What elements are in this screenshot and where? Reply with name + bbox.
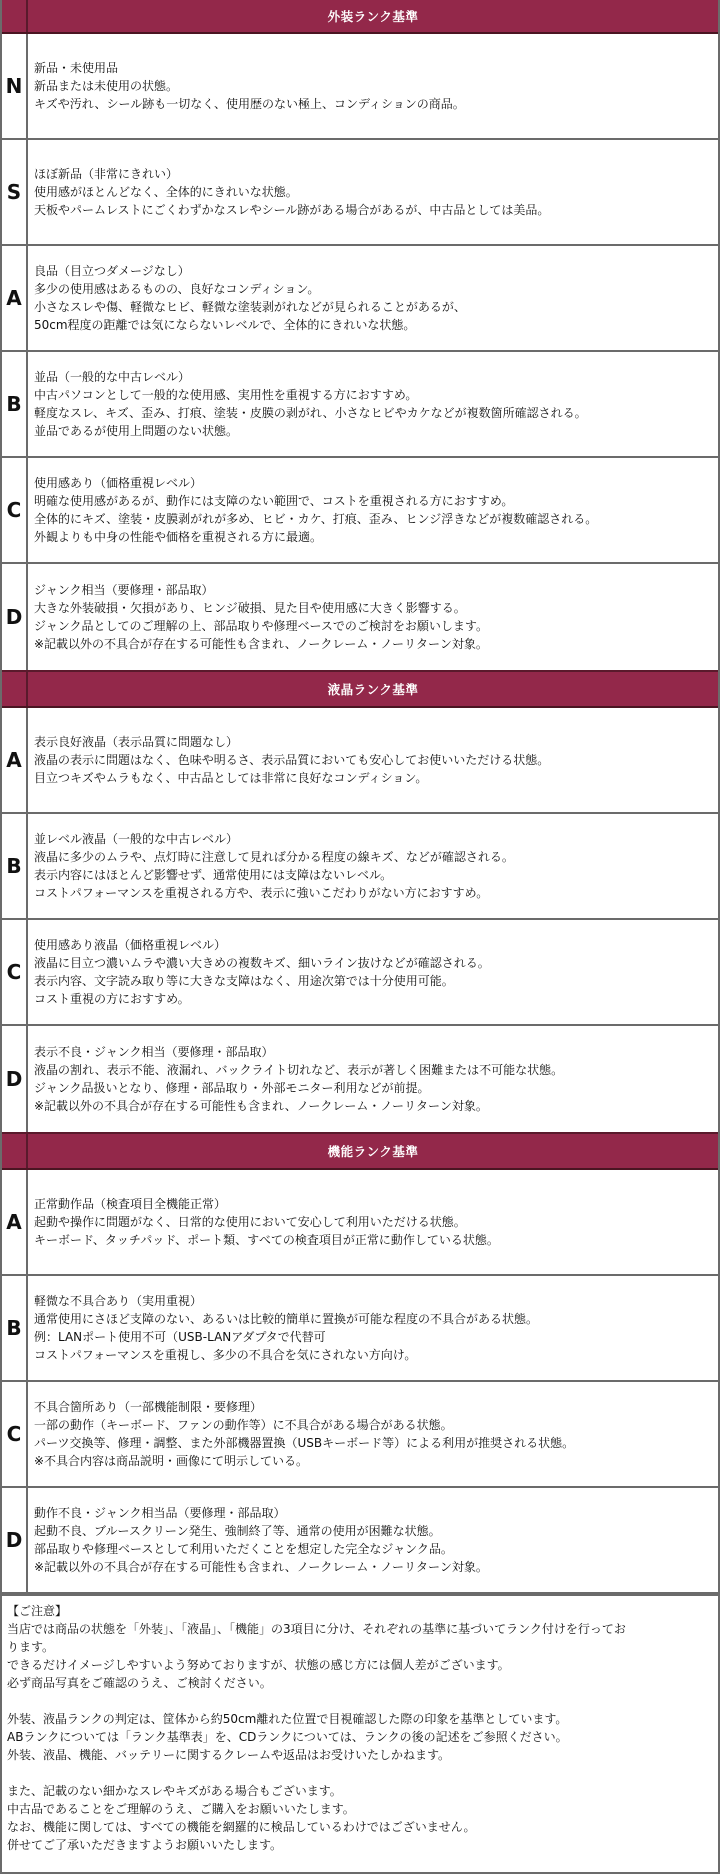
rank-description: 並品（一般的な中古レベル）中古パソコンとして一般的な使用感、実用性を重視する方に… xyxy=(28,352,718,456)
rank-description-line: 並品であるが使用上問題のない状態。 xyxy=(34,422,712,440)
rank-description: ジャンク相当（要修理・部品取）大きな外装破損・欠損があり、ヒンジ破損、見た目や使… xyxy=(28,564,718,670)
rank-description-line: 通常使用にさほど支障のない、あるいは比較的簡単に置換が可能な程度の不具合がある状… xyxy=(34,1310,712,1328)
rank-description-line: 起動や操作に問題がなく、日常的な使用において安心して利用いただける状態。 xyxy=(34,1213,712,1231)
rank-row: N新品・未使用品新品または未使用の状態。キズや汚れ、シール跡も一切なく、使用歴の… xyxy=(2,34,718,140)
rank-description-line: 例：LANポート使用不可（USB-LANアダプタで代替可 xyxy=(34,1328,712,1346)
rank-criteria-sheet: 外装ランク基準 N新品・未使用品新品または未使用の状態。キズや汚れ、シール跡も一… xyxy=(0,0,720,1874)
rank-letter: C xyxy=(2,1382,28,1486)
rank-description-line: 目立つキズやムラもなく、中古品としては非常に良好なコンディション。 xyxy=(34,769,712,787)
rank-description-line: 液晶に目立つ濃いムラや濃い大きめの複数キズ、細いライン抜けなどが確認される。 xyxy=(34,954,712,972)
rank-description: 良品（目立つダメージなし）多少の使用感はあるものの、良好なコンディション。小さな… xyxy=(28,246,718,350)
rank-letter: A xyxy=(2,246,28,350)
rank-description-line: 一部の動作（キーボード、ファンの動作等）に不具合がある場合がある状態。 xyxy=(34,1416,712,1434)
rank-description-line: 使用感がほとんどなく、全体的にきれいな状態。 xyxy=(34,183,712,201)
rank-title: ジャンク相当（要修理・部品取） xyxy=(34,581,712,599)
rank-title: 使用感あり液晶（価格重視レベル） xyxy=(34,936,712,954)
rank-description-line: ※不具合内容は商品説明・画像にて明示している。 xyxy=(34,1452,712,1470)
rank-row: Sほぼ新品（非常にきれい）使用感がほとんどなく、全体的にきれいな状態。天板やパー… xyxy=(2,140,718,246)
rank-letter: D xyxy=(2,1488,28,1592)
exterior-rows: N新品・未使用品新品または未使用の状態。キズや汚れ、シール跡も一切なく、使用歴の… xyxy=(2,34,718,670)
rank-description-line: 50cm程度の距離では気にならないレベルで、全体的にきれいな状態。 xyxy=(34,316,712,334)
rank-title: ほぼ新品（非常にきれい） xyxy=(34,165,712,183)
rank-row: A正常動作品（検査項目全機能正常）起動や操作に問題がなく、日常的な使用において安… xyxy=(2,1170,718,1276)
rank-row: C使用感あり液晶（価格重視レベル）液晶に目立つ濃いムラや濃い大きめの複数キズ、細… xyxy=(2,920,718,1026)
rank-description-line: ※記載以外の不具合が存在する可能性も含まれ、ノークレーム・ノーリターン対象。 xyxy=(34,1097,712,1115)
rank-row: C不具合箇所あり（一部機能制限・要修理）一部の動作（キーボード、ファンの動作等）… xyxy=(2,1382,718,1488)
rank-row: Dジャンク相当（要修理・部品取）大きな外装破損・欠損があり、ヒンジ破損、見た目や… xyxy=(2,564,718,670)
rank-letter: S xyxy=(2,140,28,244)
rank-description-line: コスト重視の方におすすめ。 xyxy=(34,990,712,1008)
rank-description-line: ジャンク品扱いとなり、修理・部品取り・外部モニター利用などが前提。 xyxy=(34,1079,712,1097)
rank-row: B並品（一般的な中古レベル）中古パソコンとして一般的な使用感、実用性を重視する方… xyxy=(2,352,718,458)
rank-row: D動作不良・ジャンク相当品（要修理・部品取）起動不良、ブルースクリーン発生、強制… xyxy=(2,1488,718,1594)
rank-description: 表示不良・ジャンク相当（要修理・部品取）液晶の割れ、表示不能、液漏れ、バックライ… xyxy=(28,1026,718,1132)
rank-description: 表示良好液晶（表示品質に問題なし）液晶の表示に問題はなく、色味や明るさ、表示品質… xyxy=(28,708,718,812)
rank-description-line: キズや汚れ、シール跡も一切なく、使用歴のない極上、コンディションの商品。 xyxy=(34,95,712,113)
rank-description: 使用感あり液晶（価格重視レベル）液晶に目立つ濃いムラや濃い大きめの複数キズ、細い… xyxy=(28,920,718,1024)
notes-line: ります。 xyxy=(7,1638,712,1656)
notes-line: 中古品であることをご理解のうえ、ご購入をお願いいたします。 xyxy=(7,1800,712,1818)
rank-row: B並レベル液晶（一般的な中古レベル）液晶に多少のムラや、点灯時に注意して見れば分… xyxy=(2,814,718,920)
rank-title: 使用感あり（価格重視レベル） xyxy=(34,474,712,492)
notes-line: できるだけイメージしやすいよう努めておりますが、状態の感じ方には個人差がございま… xyxy=(7,1656,712,1674)
rank-description-line: コストパフォーマンスを重視し、多少の不具合を気にされない方向け。 xyxy=(34,1346,712,1364)
notes-line: 外装、液晶、機能、バッテリーに関するクレームや返品はお受けいたしかねます。 xyxy=(7,1746,712,1764)
notes-heading: 【ご注意】 xyxy=(7,1602,712,1620)
rank-letter: D xyxy=(2,564,28,670)
notes-line: 当店では商品の状態を「外装」、「液晶」、「機能」の3項目に分け、それぞれの基準に… xyxy=(7,1620,712,1638)
rank-title: 正常動作品（検査項目全機能正常） xyxy=(34,1195,712,1213)
rank-description: 動作不良・ジャンク相当品（要修理・部品取）起動不良、ブルースクリーン発生、強制終… xyxy=(28,1488,718,1592)
rank-title: 並レベル液晶（一般的な中古レベル） xyxy=(34,830,712,848)
rank-description-line: 表示内容、文字読み取り等に大きな支障はなく、用途次第では十分使用可能。 xyxy=(34,972,712,990)
rank-letter: C xyxy=(2,920,28,1024)
notes-line xyxy=(7,1764,712,1782)
exterior-section-title: 外装ランク基準 xyxy=(28,0,718,32)
rank-row: A表示良好液晶（表示品質に問題なし）液晶の表示に問題はなく、色味や明るさ、表示品… xyxy=(2,708,718,814)
notes-line: なお、機能に関しては、すべての機能を網羅的に検品しているわけではございません。 xyxy=(7,1818,712,1836)
rank-description-line: 小さなスレや傷、軽微なヒビ、軽微な塗装剥がれなどが見られることがあるが、 xyxy=(34,298,712,316)
rank-description: 使用感あり（価格重視レベル）明確な使用感があるが、動作には支障のない範囲で、コス… xyxy=(28,458,718,562)
rank-row: A良品（目立つダメージなし）多少の使用感はあるものの、良好なコンディション。小さ… xyxy=(2,246,718,352)
rank-title: 表示不良・ジャンク相当（要修理・部品取） xyxy=(34,1043,712,1061)
rank-letter: B xyxy=(2,814,28,918)
rank-description-line: 明確な使用感があるが、動作には支障のない範囲で、コストを重視される方におすすめ。 xyxy=(34,492,712,510)
rank-description-line: 中古パソコンとして一般的な使用感、実用性を重視する方におすすめ。 xyxy=(34,386,712,404)
rank-description-line: キーボード、タッチパッド、ポート類、すべての検査項目が正常に動作している状態。 xyxy=(34,1231,712,1249)
rank-description-line: パーツ交換等、修理・調整、また外部機器置換（USBキーボード等）による利用が推奨… xyxy=(34,1434,712,1452)
rank-description-line: 天板やパームレストにごくわずかなスレやシール跡がある場合があるが、中古品としては… xyxy=(34,201,712,219)
notes-box: 【ご注意】当店では商品の状態を「外装」、「液晶」、「機能」の3項目に分け、それぞ… xyxy=(2,1594,718,1874)
rank-description-line: 表示内容にはほとんど影響せず、通常使用には支障はないレベル。 xyxy=(34,866,712,884)
notes-line xyxy=(7,1692,712,1710)
rank-description-line: 起動不良、ブルースクリーン発生、強制終了等、通常の使用が困難な状態。 xyxy=(34,1522,712,1540)
rank-letter: C xyxy=(2,458,28,562)
notes-line: 必ず商品写真をご確認のうえ、ご検討ください。 xyxy=(7,1674,712,1692)
rank-title: 新品・未使用品 xyxy=(34,59,712,77)
header-gutter xyxy=(2,0,28,32)
rank-letter: A xyxy=(2,1170,28,1274)
rank-description: 新品・未使用品新品または未使用の状態。キズや汚れ、シール跡も一切なく、使用歴のな… xyxy=(28,34,718,138)
rank-description: ほぼ新品（非常にきれい）使用感がほとんどなく、全体的にきれいな状態。天板やパーム… xyxy=(28,140,718,244)
function-rows: A正常動作品（検査項目全機能正常）起動や操作に問題がなく、日常的な使用において安… xyxy=(2,1170,718,1594)
rank-description-line: 軽度なスレ、キズ、歪み、打痕、塗装・皮膜の剥がれ、小さなヒビやカケなどが複数箇所… xyxy=(34,404,712,422)
rank-description-line: 部品取りや修理ベースとして利用いただくことを想定した完全なジャンク品。 xyxy=(34,1540,712,1558)
function-section-header: 機能ランク基準 xyxy=(2,1132,718,1170)
notes-line: また、記載のない細かなスレやキズがある場合もございます。 xyxy=(7,1782,712,1800)
lcd-rows: A表示良好液晶（表示品質に問題なし）液晶の表示に問題はなく、色味や明るさ、表示品… xyxy=(2,708,718,1132)
rank-description: 不具合箇所あり（一部機能制限・要修理）一部の動作（キーボード、ファンの動作等）に… xyxy=(28,1382,718,1486)
notes-line: 外装、液晶ランクの判定は、筐体から約50cm離れた位置で目視確認した際の印象を基… xyxy=(7,1710,712,1728)
rank-description-line: 外観よりも中身の性能や価格を重視される方に最適。 xyxy=(34,528,712,546)
rank-title: 動作不良・ジャンク相当品（要修理・部品取） xyxy=(34,1504,712,1522)
header-gutter xyxy=(2,1134,28,1168)
rank-row: D表示不良・ジャンク相当（要修理・部品取）液晶の割れ、表示不能、液漏れ、バックラ… xyxy=(2,1026,718,1132)
rank-letter: D xyxy=(2,1026,28,1132)
rank-description-line: 新品または未使用の状態。 xyxy=(34,77,712,95)
function-section-title: 機能ランク基準 xyxy=(28,1134,718,1168)
rank-row: C使用感あり（価格重視レベル）明確な使用感があるが、動作には支障のない範囲で、コ… xyxy=(2,458,718,564)
rank-row: B軽微な不具合あり（実用重視）通常使用にさほど支障のない、あるいは比較的簡単に置… xyxy=(2,1276,718,1382)
rank-letter: B xyxy=(2,352,28,456)
rank-description: 並レベル液晶（一般的な中古レベル）液晶に多少のムラや、点灯時に注意して見れば分か… xyxy=(28,814,718,918)
rank-description-line: 全体的にキズ、塗装・皮膜剥がれが多め、ヒビ・カケ、打痕、歪み、ヒンジ浮きなどが複… xyxy=(34,510,712,528)
notes-line: 併せてご了承いただきますようお願いいたします。 xyxy=(7,1836,712,1854)
rank-letter: A xyxy=(2,708,28,812)
rank-letter: N xyxy=(2,34,28,138)
rank-title: 良品（目立つダメージなし） xyxy=(34,262,712,280)
rank-description: 軽微な不具合あり（実用重視）通常使用にさほど支障のない、あるいは比較的簡単に置換… xyxy=(28,1276,718,1380)
lcd-section-header: 液晶ランク基準 xyxy=(2,670,718,708)
rank-title: 表示良好液晶（表示品質に問題なし） xyxy=(34,733,712,751)
rank-description-line: コストパフォーマンスを重視される方や、表示に強いこだわりがない方におすすめ。 xyxy=(34,884,712,902)
lcd-section-title: 液晶ランク基準 xyxy=(28,672,718,706)
rank-title: 不具合箇所あり（一部機能制限・要修理） xyxy=(34,1398,712,1416)
rank-description-line: 液晶の割れ、表示不能、液漏れ、バックライト切れなど、表示が著しく困難または不可能… xyxy=(34,1061,712,1079)
rank-description-line: 多少の使用感はあるものの、良好なコンディション。 xyxy=(34,280,712,298)
header-gutter xyxy=(2,672,28,706)
rank-letter: B xyxy=(2,1276,28,1380)
notes-line: ABランクについては「ランク基準表」を、CDランクについては、ランクの後の記述を… xyxy=(7,1728,712,1746)
rank-description-line: ジャンク品としてのご理解の上、部品取りや修理ベースでのご検討をお願いします。 xyxy=(34,617,712,635)
rank-title: 軽微な不具合あり（実用重視） xyxy=(34,1292,712,1310)
rank-description-line: ※記載以外の不具合が存在する可能性も含まれ、ノークレーム・ノーリターン対象。 xyxy=(34,1558,712,1576)
exterior-section-header: 外装ランク基準 xyxy=(2,0,718,34)
rank-description-line: 大きな外装破損・欠損があり、ヒンジ破損、見た目や使用感に大きく影響する。 xyxy=(34,599,712,617)
rank-title: 並品（一般的な中古レベル） xyxy=(34,368,712,386)
rank-description-line: 液晶に多少のムラや、点灯時に注意して見れば分かる程度の線キズ、などが確認される。 xyxy=(34,848,712,866)
rank-description: 正常動作品（検査項目全機能正常）起動や操作に問題がなく、日常的な使用において安心… xyxy=(28,1170,718,1274)
rank-description-line: 液晶の表示に問題はなく、色味や明るさ、表示品質においても安心してお使いいただける… xyxy=(34,751,712,769)
rank-description-line: ※記載以外の不具合が存在する可能性も含まれ、ノークレーム・ノーリターン対象。 xyxy=(34,635,712,653)
